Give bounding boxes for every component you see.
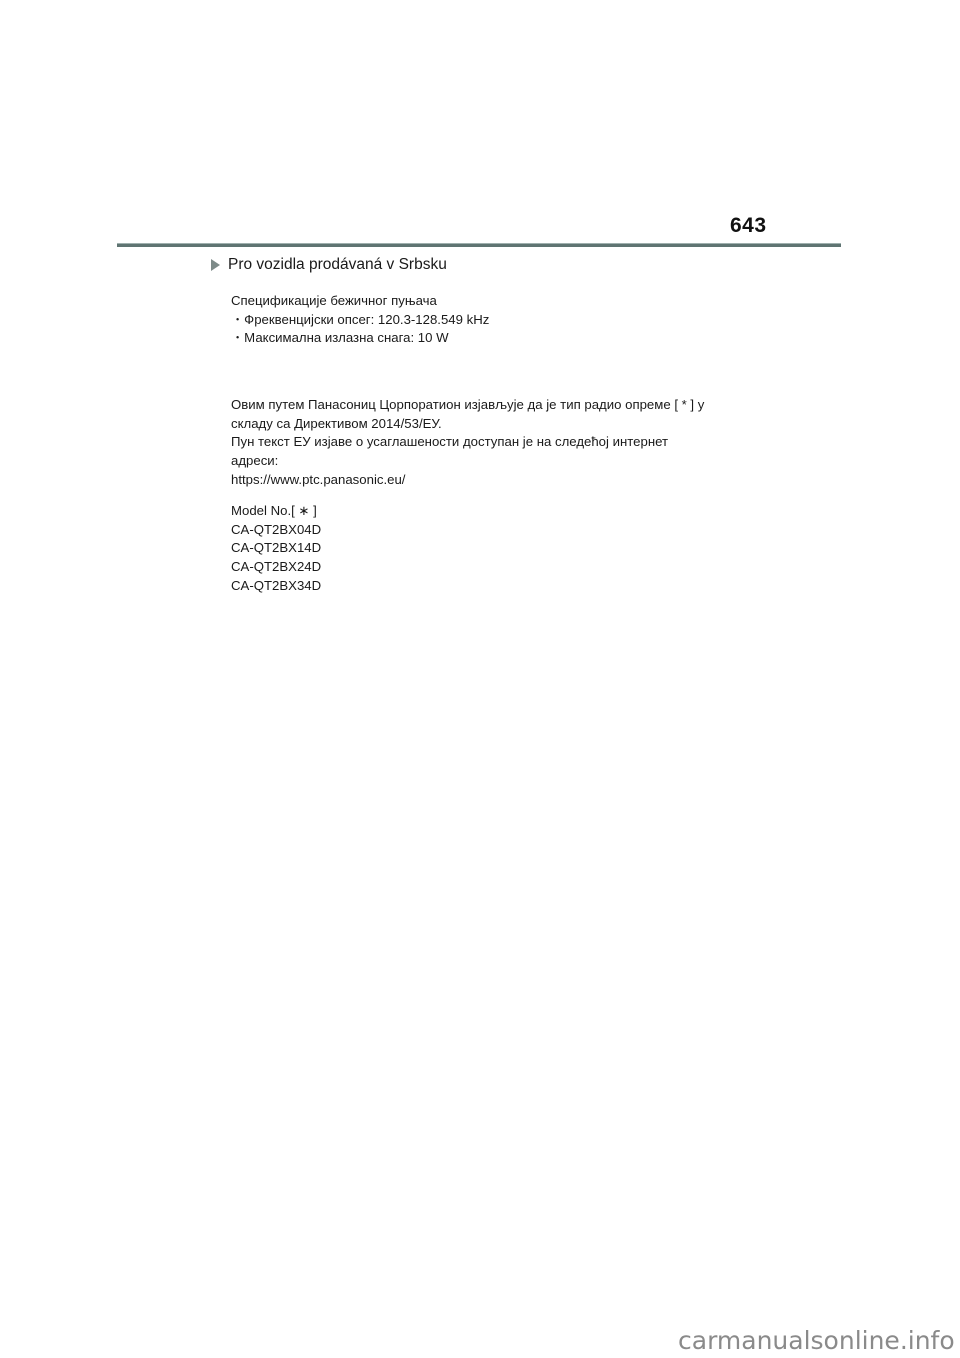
section-heading: Pro vozidla prodávaná v Srbsku xyxy=(211,256,447,274)
declaration-line: Овим путем Панасониц Цорпоратион изјављу… xyxy=(231,396,704,415)
page-number: 643 xyxy=(730,214,767,238)
section-heading-text: Pro vozidla prodávaná v Srbsku xyxy=(228,256,447,274)
spec-item-power: ・Максимална излазна снага: 10 W xyxy=(231,329,489,348)
wireless-charger-spec: Спецификације бежичног пуњача ・Фреквенци… xyxy=(231,292,489,348)
model-numbers: Model No.[ ∗ ] CA-QT2BX04D CA-QT2BX14D C… xyxy=(231,502,321,596)
spec-item-frequency: ・Фреквенцијски опсег: 120.3-128.549 kHz xyxy=(231,311,489,330)
model-label: Model No.[ ∗ ] xyxy=(231,502,321,521)
model-item: CA-QT2BX34D xyxy=(231,577,321,596)
declaration-line: адреси: xyxy=(231,452,704,471)
spec-title: Спецификације бежичног пуњача xyxy=(231,292,489,311)
eu-declaration: Овим путем Панасониц Цорпоратион изјављу… xyxy=(231,396,704,490)
triangle-bullet-icon xyxy=(211,259,220,271)
model-item: CA-QT2BX14D xyxy=(231,539,321,558)
header-rule xyxy=(117,243,841,247)
model-item: CA-QT2BX24D xyxy=(231,558,321,577)
declaration-line: Пун текст ЕУ изјаве о усаглашености дост… xyxy=(231,433,704,452)
declaration-url: https://www.ptc.panasonic.eu/ xyxy=(231,471,704,490)
model-item: CA-QT2BX04D xyxy=(231,521,321,540)
declaration-line: складу са Директивом 2014/53/ЕУ. xyxy=(231,415,704,434)
watermark: carmanualsonline.info xyxy=(678,1326,955,1355)
